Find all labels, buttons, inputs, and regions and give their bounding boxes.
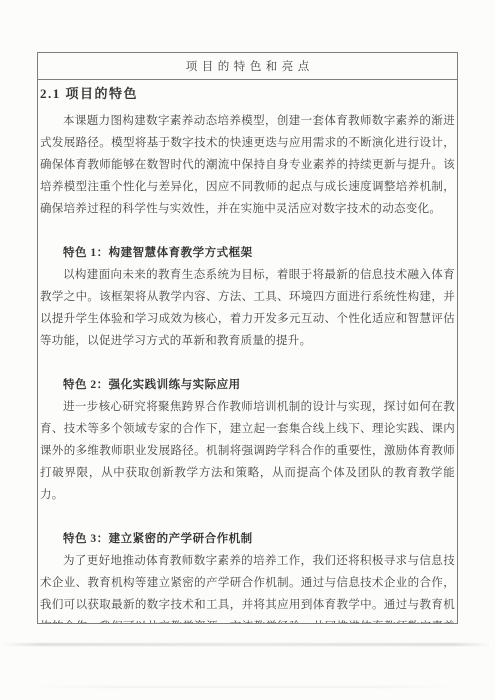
table-header-title: 项目的特色和亮点 [181, 58, 314, 74]
body-paragraph: 本课题力图构建数字素养动态培养模型，创建一套体育教师数字素养的渐进式发展路径。模… [40, 110, 455, 220]
table-body-cell: 2.1 项目的特色 本课题力图构建数字素养动态培养模型，创建一套体育教师数字素养… [38, 80, 457, 623]
table-header-row: 项目的特色和亮点 [38, 53, 457, 80]
scan-artifact [30, 686, 460, 688]
scanned-document-page: 项目的特色和亮点 2.1 项目的特色 本课题力图构建数字素养动态培养模型，创建一… [0, 0, 495, 700]
feature-heading: 特色 1：构建智慧体育教学方式框架 [40, 242, 455, 264]
content-container: 本课题力图构建数字素养动态培养模型，创建一套体育教师数字素养的渐进式发展路径。模… [40, 110, 455, 623]
feature-heading: 特色 3：建立紧密的产学研合作机制 [40, 528, 455, 550]
project-features-table: 项目的特色和亮点 2.1 项目的特色 本课题力图构建数字素养动态培养模型，创建一… [37, 52, 458, 624]
body-paragraph: 为了更好地推动体育教师数字素养的培养工作，我们还将积极寻求与信息技术企业、教育机… [40, 550, 455, 623]
body-paragraph: 以构建面向未来的教育生态系统为目标，着眼于将最新的信息技术融入体育教学之中。该框… [40, 264, 455, 352]
body-paragraph: 进一步核心研究将聚焦跨界合作教师培训机制的设计与实现，探讨如何在教育、技术等多个… [40, 396, 455, 506]
feature-heading: 特色 2：强化实践训练与实际应用 [40, 374, 455, 396]
scan-artifact [2, 643, 492, 646]
section-heading: 2.1 项目的特色 [40, 84, 455, 104]
